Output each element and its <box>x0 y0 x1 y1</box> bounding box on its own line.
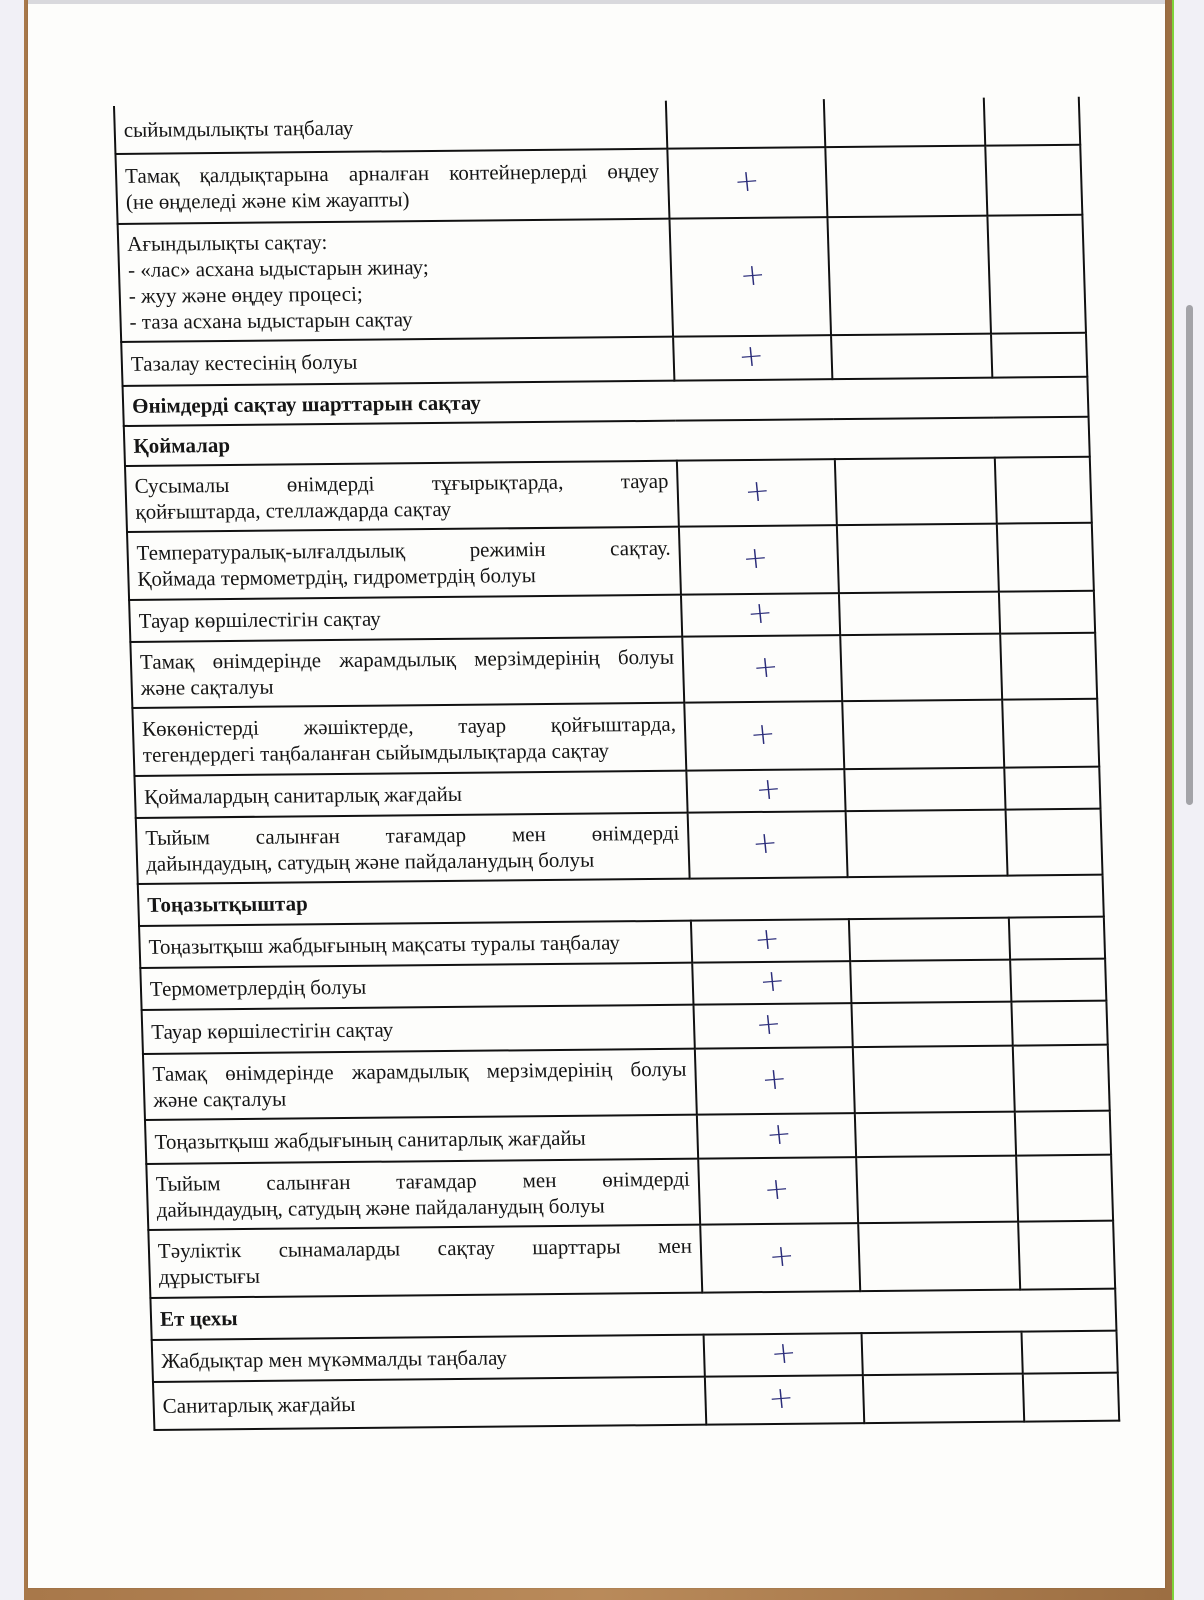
handwritten-plus-icon: + <box>752 654 780 682</box>
handwritten-plus-icon: + <box>749 721 777 749</box>
criterion-cell: Сусымалы өнімдерді тұғырықтарда, тауарқо… <box>125 461 679 532</box>
compliance-no-cell[interactable] <box>855 1112 1016 1158</box>
criterion-cell: Тамақ қалдықтарына арналған контейнерлер… <box>115 149 669 224</box>
compliance-no-cell[interactable] <box>858 1222 1020 1292</box>
handwritten-plus-icon: + <box>733 168 761 196</box>
criterion-cell: Термометрлердің болуы <box>140 963 693 1010</box>
table-row: Тамақ қалдықтарына арналған контейнерлер… <box>115 145 1082 224</box>
compliance-no-cell[interactable] <box>849 918 1010 962</box>
handwritten-plus-icon: + <box>766 1121 794 1149</box>
compliance-yes-cell[interactable]: + <box>688 811 848 879</box>
checklist-table: сыйымдылықты таңбалауТамақ қалдықтарына … <box>113 97 1120 1431</box>
handwritten-plus-icon: + <box>747 600 775 628</box>
criterion-text-line: Қоймалардың санитарлық жағдайы <box>144 779 679 810</box>
criterion-text-line: дайындаудың, сатудың және пайдаланудың б… <box>146 846 681 877</box>
compliance-yes-cell[interactable]: + <box>705 1375 864 1425</box>
handwritten-plus-icon: + <box>763 1176 791 1204</box>
criterion-text-line: (не өңделеді және кім жауапты) <box>126 184 661 215</box>
note-cell[interactable] <box>1002 699 1099 768</box>
compliance-no-cell[interactable] <box>853 1046 1015 1114</box>
compliance-no-cell[interactable] <box>825 146 987 218</box>
criterion-text-line: Термометрлердің болуы <box>150 971 685 1002</box>
compliance-yes-cell[interactable]: + <box>677 459 837 527</box>
handwritten-plus-icon: + <box>754 926 782 954</box>
table-row: Тәуліктік сынамаларды сақтау шарттары ме… <box>148 1221 1115 1298</box>
note-cell[interactable] <box>1018 1221 1115 1290</box>
note-cell[interactable] <box>999 591 1095 634</box>
compliance-yes-cell[interactable]: + <box>682 635 842 703</box>
note-cell[interactable] <box>1013 1045 1110 1112</box>
table-row: Көкөністерді жәшіктерде, тауар қойғыштар… <box>132 699 1099 776</box>
compliance-yes-cell[interactable]: + <box>704 1333 863 1377</box>
note-cell[interactable] <box>1006 809 1103 876</box>
note-cell[interactable] <box>1021 1331 1117 1374</box>
criterion-cell: Тауар көршілестігін сақтау <box>142 1005 695 1054</box>
handwritten-plus-icon: + <box>755 776 783 804</box>
board-edge <box>1172 0 1174 1600</box>
handwritten-plus-icon: + <box>737 343 765 371</box>
handwritten-plus-icon: + <box>758 968 786 996</box>
note-cell[interactable] <box>997 523 1094 592</box>
compliance-yes-cell[interactable]: + <box>697 1113 856 1159</box>
compliance-yes-cell[interactable]: + <box>669 217 831 337</box>
criterion-cell: Тоңазытқыш жабдығының мақсаты туралы таң… <box>139 921 692 968</box>
compliance-no-cell[interactable] <box>862 1332 1023 1376</box>
compliance-no-cell[interactable] <box>824 98 985 148</box>
criterion-cell: Тамақ өнімдерінде жарамдылық мерзімдерін… <box>143 1049 697 1120</box>
compliance-no-cell[interactable] <box>842 700 1004 770</box>
criterion-cell: Тамақ өнімдерінде жарамдылық мерзімдерін… <box>130 637 684 708</box>
compliance-no-cell[interactable] <box>856 1156 1018 1224</box>
note-cell[interactable] <box>1015 1111 1111 1156</box>
compliance-yes-cell[interactable]: + <box>700 1223 860 1293</box>
criterion-text-line: Тамақ өнімдерінде жарамдылық мерзімдерін… <box>140 644 675 675</box>
compliance-no-cell[interactable] <box>850 960 1011 1004</box>
criterion-cell: Тауар көршілестігін сақтау <box>129 595 682 642</box>
table-row: Тамақ өнімдерінде жарамдылық мерзімдерін… <box>143 1045 1110 1120</box>
handwritten-plus-icon: + <box>760 1066 788 1094</box>
handwritten-plus-icon: + <box>767 1385 795 1413</box>
checklist-page: сыйымдылықты таңбалауТамақ қалдықтарына … <box>113 97 1118 1431</box>
criterion-text-line: дұрыстығы <box>158 1259 693 1290</box>
compliance-no-cell[interactable] <box>831 334 992 380</box>
compliance-no-cell[interactable] <box>839 592 1000 636</box>
compliance-yes-cell[interactable]: + <box>695 1047 855 1115</box>
compliance-yes-cell[interactable]: + <box>667 147 827 219</box>
criterion-cell: Тазалау кестесінің болуы <box>121 337 674 386</box>
scrollbar-thumb[interactable] <box>1186 305 1193 805</box>
criterion-text-line: Жабдықтар мен мүкәммалды таңбалау <box>161 1343 696 1374</box>
compliance-yes-cell[interactable]: + <box>698 1157 858 1225</box>
handwritten-plus-icon: + <box>752 830 780 858</box>
note-cell[interactable] <box>1009 917 1105 960</box>
compliance-yes-cell[interactable]: + <box>684 701 844 771</box>
criterion-cell: Температуралық-ылғалдылық режимін сақтау… <box>127 527 681 600</box>
criterion-text-line: Тамақ қалдықтарына арналған контейнерлер… <box>125 158 660 189</box>
handwritten-plus-icon: + <box>755 1011 783 1039</box>
compliance-yes-cell[interactable]: + <box>692 961 851 1005</box>
note-cell[interactable] <box>985 145 1082 216</box>
section-title-text: Тоңазытқыштар <box>147 891 308 917</box>
table-row: Санитарлық жағдайы+ <box>153 1373 1119 1430</box>
criterion-text-line: Тоңазытқыш жабдығының мақсаты туралы таң… <box>148 929 683 960</box>
table-row: Температуралық-ылғалдылық режимін сақтау… <box>127 523 1094 600</box>
criterion-text-line: Тоңазытқыш жабдығының санитарлық жағдайы <box>154 1124 689 1155</box>
compliance-yes-cell[interactable]: + <box>673 335 832 381</box>
note-cell[interactable] <box>1010 959 1106 1002</box>
compliance-yes-cell[interactable]: + <box>686 769 845 813</box>
compliance-yes-cell[interactable] <box>666 99 825 149</box>
table-row: Тамақ өнімдерінде жарамдылық мерзімдерін… <box>130 633 1097 708</box>
compliance-yes-cell[interactable]: + <box>691 919 850 963</box>
paper-top-edge <box>28 0 1165 4</box>
criterion-text-line: дайындаудың, сатудың және пайдаланудың б… <box>156 1192 691 1223</box>
criterion-text-line: Тәуліктік сынамаларды сақтау шарттары ме… <box>158 1233 693 1264</box>
criterion-cell: Тыйым салынған тағамдар мен өнімдердідай… <box>136 813 690 884</box>
criterion-cell: сыйымдылықты таңбалау <box>114 101 667 154</box>
criterion-text-line: Температуралық-ылғалдылық режимін сақтау… <box>136 535 671 566</box>
criterion-text-line: Тамақ өнімдерінде жарамдылық мерзімдерін… <box>152 1056 687 1087</box>
section-title-text: Қоймалар <box>133 433 230 458</box>
criterion-cell: Санитарлық жағдайы <box>153 1377 706 1430</box>
criterion-cell: Тыйым салынған тағамдар мен өнімдердідай… <box>146 1159 700 1230</box>
compliance-no-cell[interactable] <box>835 458 997 526</box>
note-cell[interactable] <box>1016 1155 1113 1222</box>
criterion-cell: Қоймалардың санитарлық жағдайы <box>134 771 687 818</box>
compliance-yes-cell[interactable]: + <box>681 593 840 637</box>
table-row: Тыйым салынған тағамдар мен өнімдердідай… <box>136 809 1103 884</box>
compliance-no-cell[interactable] <box>844 768 1005 812</box>
criterion-cell: Тәуліктік сынамаларды сақтау шарттары ме… <box>148 1225 702 1298</box>
table-row: Сусымалы өнімдерді тұғырықтарда, тауарқо… <box>125 457 1092 532</box>
criterion-cell: Жабдықтар мен мүкәммалды таңбалау <box>152 1335 705 1382</box>
criterion-cell: Тоңазытқыш жабдығының санитарлық жағдайы <box>145 1115 698 1164</box>
criterion-text-line: Тауар көршілестігін сақтау <box>138 603 673 634</box>
criterion-text-line: Санитарлық жағдайы <box>162 1388 697 1419</box>
criterion-text-line: Тыйым салынған тағамдар мен өнімдерді <box>145 820 680 851</box>
note-cell[interactable] <box>1004 767 1100 810</box>
criterion-cell: Көкөністерді жәшіктерде, тауар қойғыштар… <box>132 703 686 776</box>
compliance-no-cell[interactable] <box>840 634 1002 702</box>
criterion-text-line: және сақталуы <box>153 1082 688 1113</box>
compliance-no-cell[interactable] <box>827 216 991 336</box>
compliance-no-cell[interactable] <box>863 1374 1024 1424</box>
section-title-text: Өнімдерді сақтау шарттарын сақтау <box>132 391 481 418</box>
criterion-cell: Ағындылықты сақтау:- «лас» асхана ыдыста… <box>118 219 673 342</box>
note-cell[interactable] <box>1011 1001 1107 1046</box>
criterion-text-line: тегендердегі таңбаланған сыйымдылықтарда… <box>142 737 677 768</box>
criterion-text-line: Тазалау кестесінің болуы <box>130 346 665 377</box>
handwritten-plus-icon: + <box>739 262 767 290</box>
handwritten-plus-icon: + <box>744 478 772 506</box>
criterion-text-line: Тауар көршілестігін сақтау <box>151 1014 686 1045</box>
note-cell[interactable] <box>995 457 1092 524</box>
compliance-no-cell[interactable] <box>837 524 999 594</box>
compliance-yes-cell[interactable]: + <box>679 525 839 595</box>
table-row: Тыйым салынған тағамдар мен өнімдердідай… <box>146 1155 1113 1230</box>
criterion-text-line: Қоймада термометрдің, гидрометрдің болуы <box>137 561 672 592</box>
handwritten-plus-icon: + <box>768 1243 796 1271</box>
compliance-yes-cell[interactable]: + <box>693 1003 852 1049</box>
criterion-text-line: және сақталуы <box>140 670 675 701</box>
note-cell[interactable] <box>987 215 1086 334</box>
section-title-text: Ет цехы <box>160 1306 238 1331</box>
criterion-text-line: сыйымдылықты таңбалау <box>123 111 658 142</box>
criterion-text-line: - таза асхана ыдыстарын сақтау <box>129 304 664 335</box>
criterion-text-line: қойғыштарда, стеллаждарда сақтау <box>135 494 670 525</box>
compliance-no-cell[interactable] <box>851 1002 1012 1048</box>
handwritten-plus-icon: + <box>770 1340 798 1368</box>
note-cell[interactable] <box>1023 1373 1119 1422</box>
criterion-text-line: Тыйым салынған тағамдар мен өнімдерді <box>156 1166 691 1197</box>
note-cell[interactable] <box>984 97 1080 146</box>
note-cell[interactable] <box>991 333 1087 378</box>
criterion-text-line: Сусымалы өнімдерді тұғырықтарда, тауар <box>134 468 669 499</box>
compliance-no-cell[interactable] <box>846 810 1008 878</box>
table-row: Ағындылықты сақтау:- «лас» асхана ыдыста… <box>118 215 1086 342</box>
note-cell[interactable] <box>1000 633 1097 700</box>
handwritten-plus-icon: + <box>742 545 770 573</box>
